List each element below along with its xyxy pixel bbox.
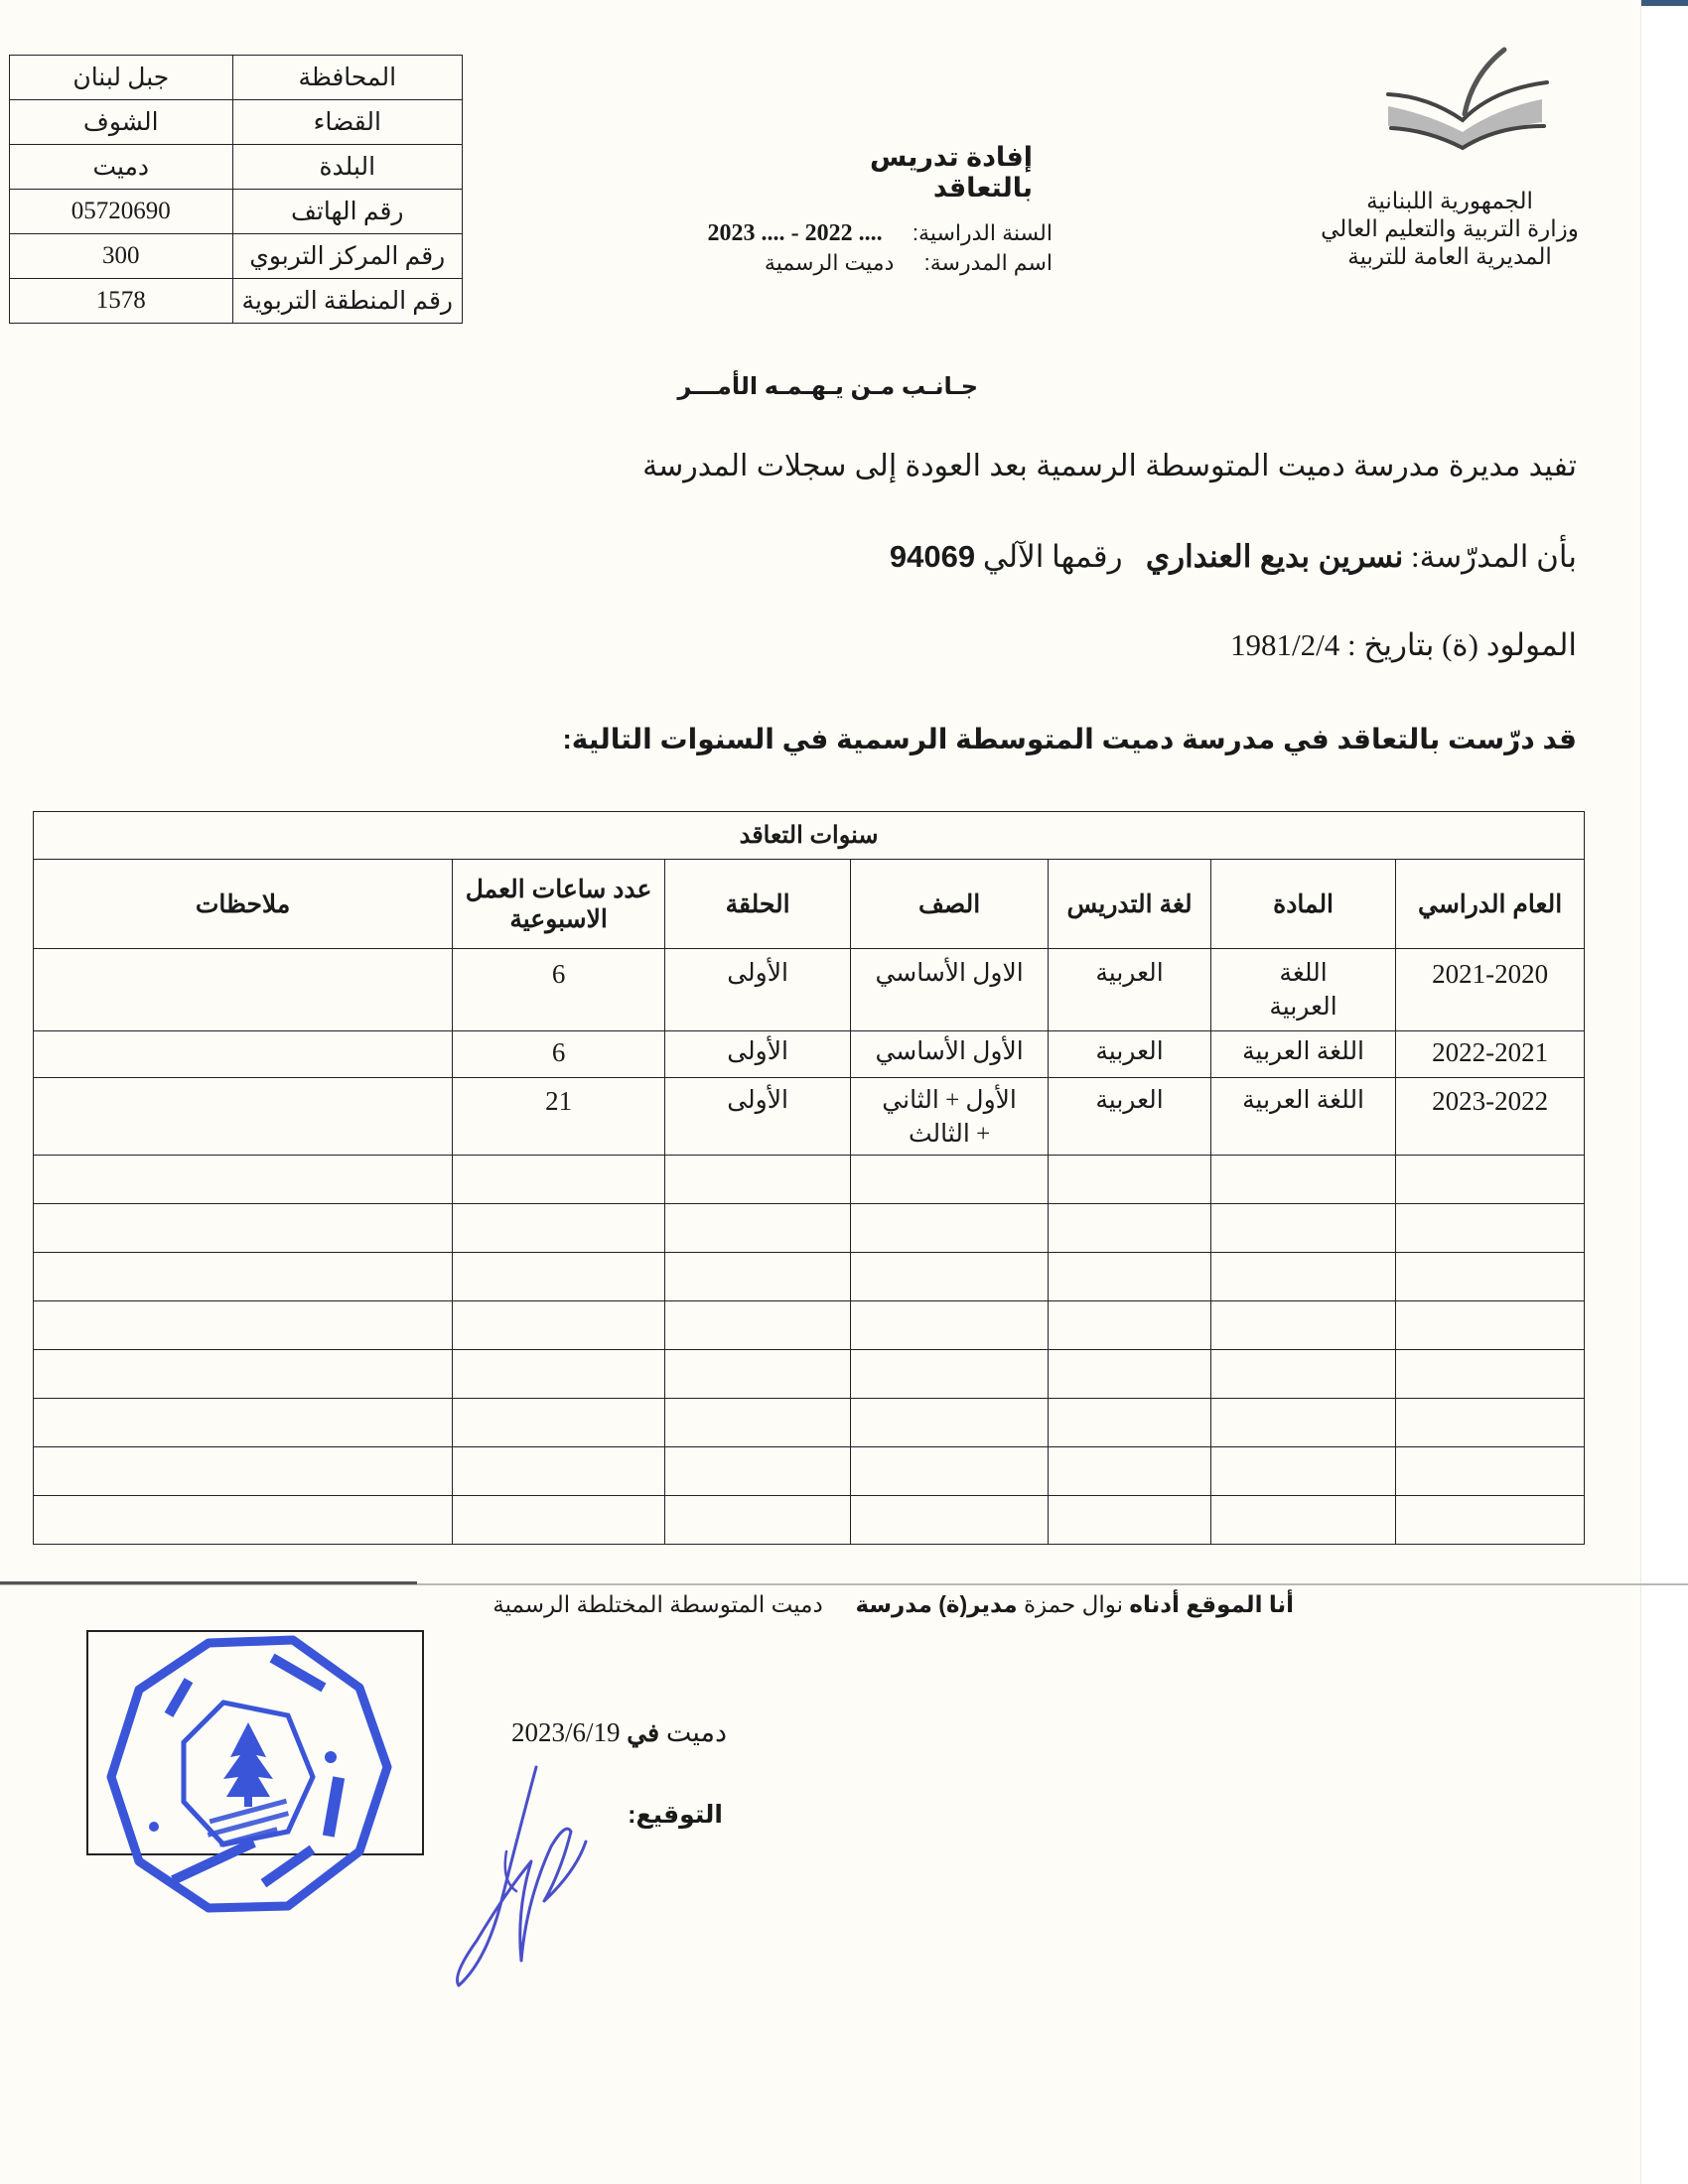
info-row-region-number: رقم المنطقة التربوية 1578 (10, 279, 463, 324)
cell-cycle: الأولى (665, 949, 851, 1031)
empty-table-row (34, 1496, 1585, 1545)
table-row: 2021-2020 اللغة العربية العربية الاول ال… (34, 949, 1585, 1031)
ministry-header: الجمهورية اللبنانية وزارة التربية والتعل… (1311, 187, 1589, 270)
birth-date: 1981/2/4 (1230, 627, 1339, 662)
teacher-line: بأن المدرّسة: نسرين بديع العنداري رقمها … (890, 539, 1577, 575)
info-label: البلدة (232, 145, 462, 190)
document-page: المحافظة جبل لبنان القضاء الشوف البلدة د… (0, 0, 1688, 2184)
info-value: جبل لبنان (10, 56, 233, 100)
info-label: القضاء (232, 100, 462, 145)
info-row-phone: رقم الهاتف 05720690 (10, 190, 463, 234)
academic-year-from: .... 2022 - (791, 220, 883, 246)
cell-grade: الأول + الثاني + الثالث (851, 1078, 1049, 1156)
ministry-line: وزارة التربية والتعليم العالي (1311, 214, 1589, 242)
school-info-table: المحافظة جبل لبنان القضاء الشوف البلدة د… (9, 55, 463, 324)
column-header-cycle: الحلقة (665, 860, 851, 949)
cell-notes (34, 1078, 453, 1156)
table-row: 2023-2022 اللغة العربية العربية الأول + … (34, 1078, 1585, 1156)
info-label: رقم الهاتف (232, 190, 462, 234)
cell-hours: 6 (453, 1031, 665, 1078)
cell-language: العربية (1049, 1031, 1211, 1078)
info-row-center-number: رقم المركز التربوي 300 (10, 234, 463, 279)
info-label: المحافظة (232, 56, 462, 100)
teacher-id: 94069 (890, 539, 975, 574)
empty-table-row (34, 1447, 1585, 1496)
academic-year-line: السنة الدراسية: .... 2022 - .... 2023 (655, 218, 1053, 248)
taught-statement: قد درّست بالتعاقد في مدرسة دميت المتوسطة… (562, 723, 1577, 755)
document-title: إفادة تدريس بالتعاقد (765, 142, 1033, 204)
issue-date: 2023/6/19 (511, 1717, 621, 1747)
declaration-prefix: أنا الموقع أدناه (1129, 1591, 1294, 1617)
birth-line: المولود (ة) بتاريخ : 1981/2/4 (1230, 627, 1577, 663)
column-header-language: لغة التدريس (1049, 860, 1211, 949)
ministry-line: المديرية العامة للتربية (1311, 242, 1589, 270)
official-school-stamp-icon (99, 1628, 397, 1926)
paper-fold-edge (0, 1581, 417, 1584)
to-whom-heading: جـانـب مـن يـهـمـه الأمـــر (635, 372, 978, 401)
cell-hours: 6 (453, 949, 665, 1031)
cell-subject: اللغة العربية (1211, 1078, 1396, 1156)
table-band-title: سنوات التعاقد (34, 812, 1585, 860)
director-declaration: أنا الموقع أدناه نوال حمزة مدير(ة) مدرسة… (492, 1591, 1294, 1618)
cell-grade: الأول الأساسي (851, 1031, 1049, 1078)
empty-table-row (34, 1301, 1585, 1350)
empty-table-row (34, 1156, 1585, 1204)
academic-year-to: .... 2023 (708, 220, 785, 246)
cell-notes (34, 949, 453, 1031)
empty-table-row (34, 1204, 1585, 1253)
column-header-notes: ملاحظات (34, 860, 453, 949)
cell-notes (34, 1031, 453, 1078)
cell-language: العربية (1049, 949, 1211, 1031)
teacher-name: نسرين بديع العنداري (1146, 539, 1403, 574)
info-value: الشوف (10, 100, 233, 145)
empty-table-row (34, 1350, 1585, 1399)
cell-year: 2022-2021 (1396, 1031, 1585, 1078)
table-header-row: العام الدراسي المادة لغة التدريس الصف ال… (34, 860, 1585, 949)
table-band-row: سنوات التعاقد (34, 812, 1585, 860)
place: دميت (666, 1717, 727, 1747)
cell-subject: اللغة العربية (1211, 1031, 1396, 1078)
cell-cycle: الأولى (665, 1078, 851, 1156)
cell-cycle: الأولى (665, 1031, 851, 1078)
school-full-name: دميت المتوسطة المختلطة الرسمية (492, 1591, 822, 1617)
scan-edge (1640, 0, 1688, 2184)
director-title: مدير(ة) مدرسة (855, 1591, 1017, 1617)
school-name-label: اسم المدرسة: (924, 250, 1053, 275)
column-header-subject: المادة (1211, 860, 1396, 949)
info-value: 300 (10, 234, 233, 279)
empty-table-row (34, 1399, 1585, 1447)
info-value: دميت (10, 145, 233, 190)
school-name-line: اسم المدرسة: دميت الرسمية (655, 248, 1053, 278)
info-value: 05720690 (10, 190, 233, 234)
column-header-hours: عدد ساعات العمل الاسبوعية (453, 860, 665, 949)
signature-label: التوقيع: (628, 1800, 723, 1830)
column-header-year: العام الدراسي (1396, 860, 1585, 949)
info-row-governorate: المحافظة جبل لبنان (10, 56, 463, 100)
scan-edge-tab (1641, 0, 1688, 6)
handwritten-signature-icon (447, 1762, 606, 1990)
open-book-logo-icon (1383, 45, 1552, 154)
cell-hours: 21 (453, 1078, 665, 1156)
info-label: رقم المركز التربوي (232, 234, 462, 279)
contract-years-table: سنوات التعاقد العام الدراسي المادة لغة ا… (33, 811, 1585, 1545)
info-row-town: البلدة دميت (10, 145, 463, 190)
table-row: 2022-2021 اللغة العربية العربية الأول ال… (34, 1031, 1585, 1078)
info-value: 1578 (10, 279, 233, 324)
school-name-value: دميت الرسمية (765, 250, 894, 275)
column-header-grade: الصف (851, 860, 1049, 949)
info-label: رقم المنطقة التربوية (232, 279, 462, 324)
empty-table-row (34, 1253, 1585, 1301)
birth-label: المولود (ة) بتاريخ : (1347, 627, 1577, 662)
date-preposition: في (627, 1719, 659, 1747)
cell-language: العربية (1049, 1078, 1211, 1156)
cell-subject: اللغة العربية (1211, 949, 1396, 1031)
intro-paragraph: تفيد مديرة مدرسة دميت المتوسطة الرسمية ب… (642, 449, 1577, 483)
academic-year-label: السنة الدراسية: (913, 220, 1053, 245)
place-date-line: دميت في 2023/6/19 (511, 1717, 727, 1748)
teacher-id-label: رقمها الآلي (983, 539, 1123, 574)
cell-year: 2023-2022 (1396, 1078, 1585, 1156)
document-meta: السنة الدراسية: .... 2022 - .... 2023 اس… (655, 218, 1053, 278)
ministry-line: الجمهورية اللبنانية (1311, 187, 1589, 214)
cell-grade: الاول الأساسي (851, 949, 1049, 1031)
cell-year: 2021-2020 (1396, 949, 1585, 1031)
director-name: نوال حمزة (1024, 1591, 1123, 1617)
teacher-prefix: بأن المدرّسة: (1411, 539, 1577, 574)
info-row-district: القضاء الشوف (10, 100, 463, 145)
